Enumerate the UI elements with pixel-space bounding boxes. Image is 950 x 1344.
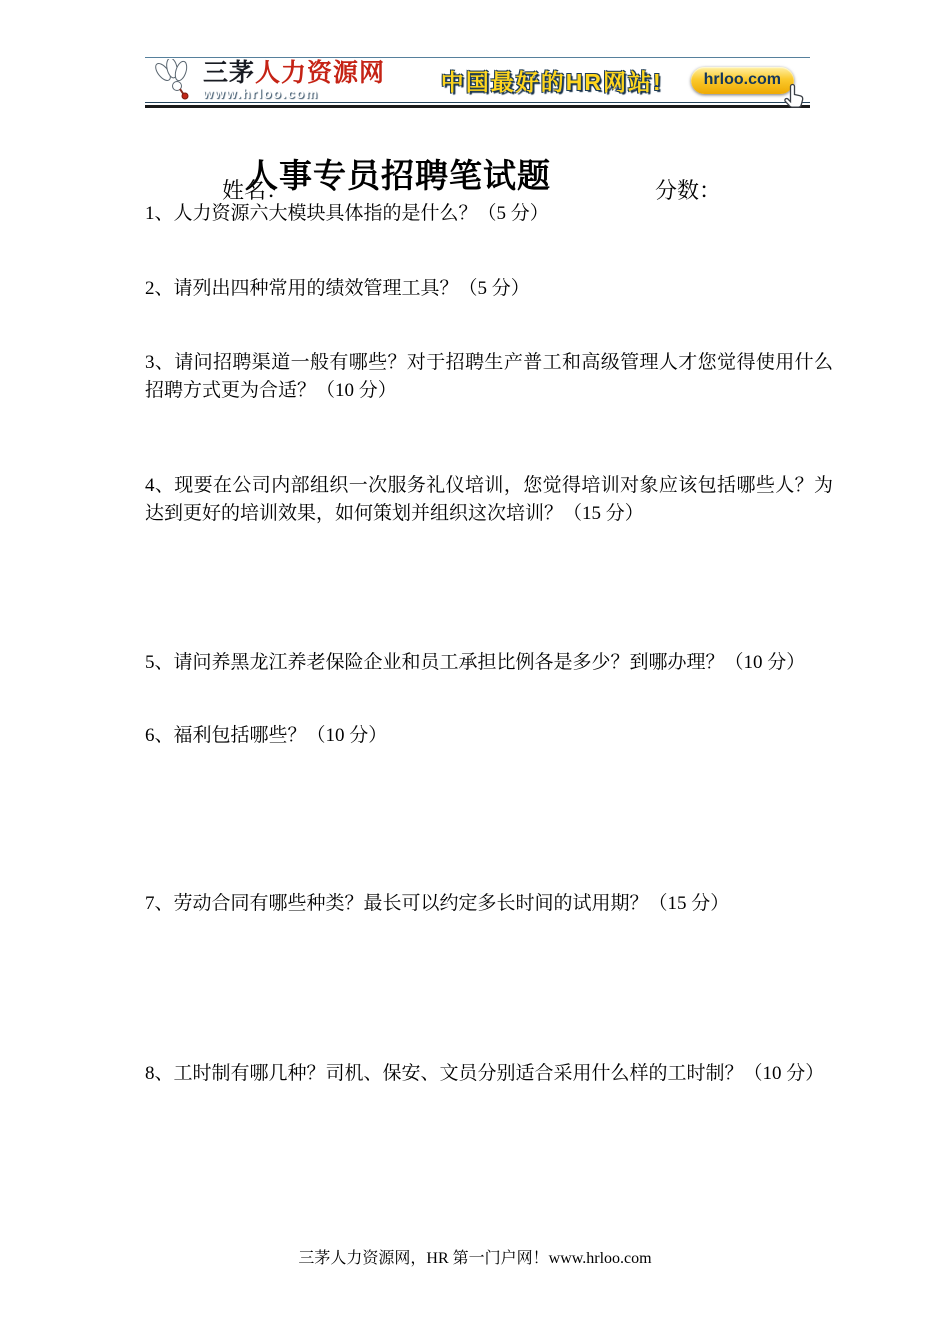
question-6: 6、福利包括哪些？（10 分） — [145, 722, 833, 750]
hrloo-button[interactable]: hrloo.com — [691, 67, 794, 94]
page-title: 人事专员招聘笔试题 — [245, 150, 551, 197]
hand-cursor-icon — [783, 83, 807, 109]
banner-underline — [145, 105, 810, 108]
brand-name: 三茅人力资源网 — [203, 61, 385, 86]
shuttlecock-icon — [153, 59, 197, 101]
question-4: 4、现要在公司内部组织一次服务礼仪培训，您觉得培训对象应该包括哪些人？为达到更好… — [145, 472, 833, 528]
question-8: 8、工时制有哪几种？司机、保安、文员分别适合采用什么样的工时制？（10 分） — [145, 1060, 833, 1088]
question-2: 2、请列出四种常用的绩效管理工具？（5 分） — [145, 275, 833, 303]
brand-url: www.hrloo.com — [203, 87, 385, 100]
question-1: 1、人力资源六大模块具体指的是什么？（5 分） — [145, 200, 833, 228]
brand-name-sanmao: 三茅 — [203, 59, 255, 87]
page-footer: 三茅人力资源网，HR 第一门户网！www.hrloo.com — [0, 1245, 950, 1268]
question-7: 7、劳动合同有哪些种类？最长可以约定多长时间的试用期？（15 分） — [145, 890, 833, 918]
question-5: 5、请问养黑龙江养老保险企业和员工承担比例各是多少？到哪办理？（10 分） — [145, 649, 833, 677]
brand-name-hr: 人力资源网 — [255, 59, 385, 87]
question-3: 3、请问招聘渠道一般有哪些？对于招聘生产普工和高级管理人才您觉得使用什么招聘方式… — [145, 349, 833, 405]
hrloo-button-label: hrloo.com — [704, 71, 781, 88]
banner-logo-block: 三茅人力资源网 www.hrloo.com — [145, 59, 385, 101]
document-page: 三茅人力资源网 www.hrloo.com 中国最好的HR网站! hrloo.c… — [0, 0, 950, 1344]
hrloo-ad-banner[interactable]: 三茅人力资源网 www.hrloo.com 中国最好的HR网站! hrloo.c… — [145, 57, 810, 103]
brand-text-block: 三茅人力资源网 www.hrloo.com — [203, 61, 385, 100]
banner-slogan: 中国最好的HR网站! — [441, 64, 663, 97]
